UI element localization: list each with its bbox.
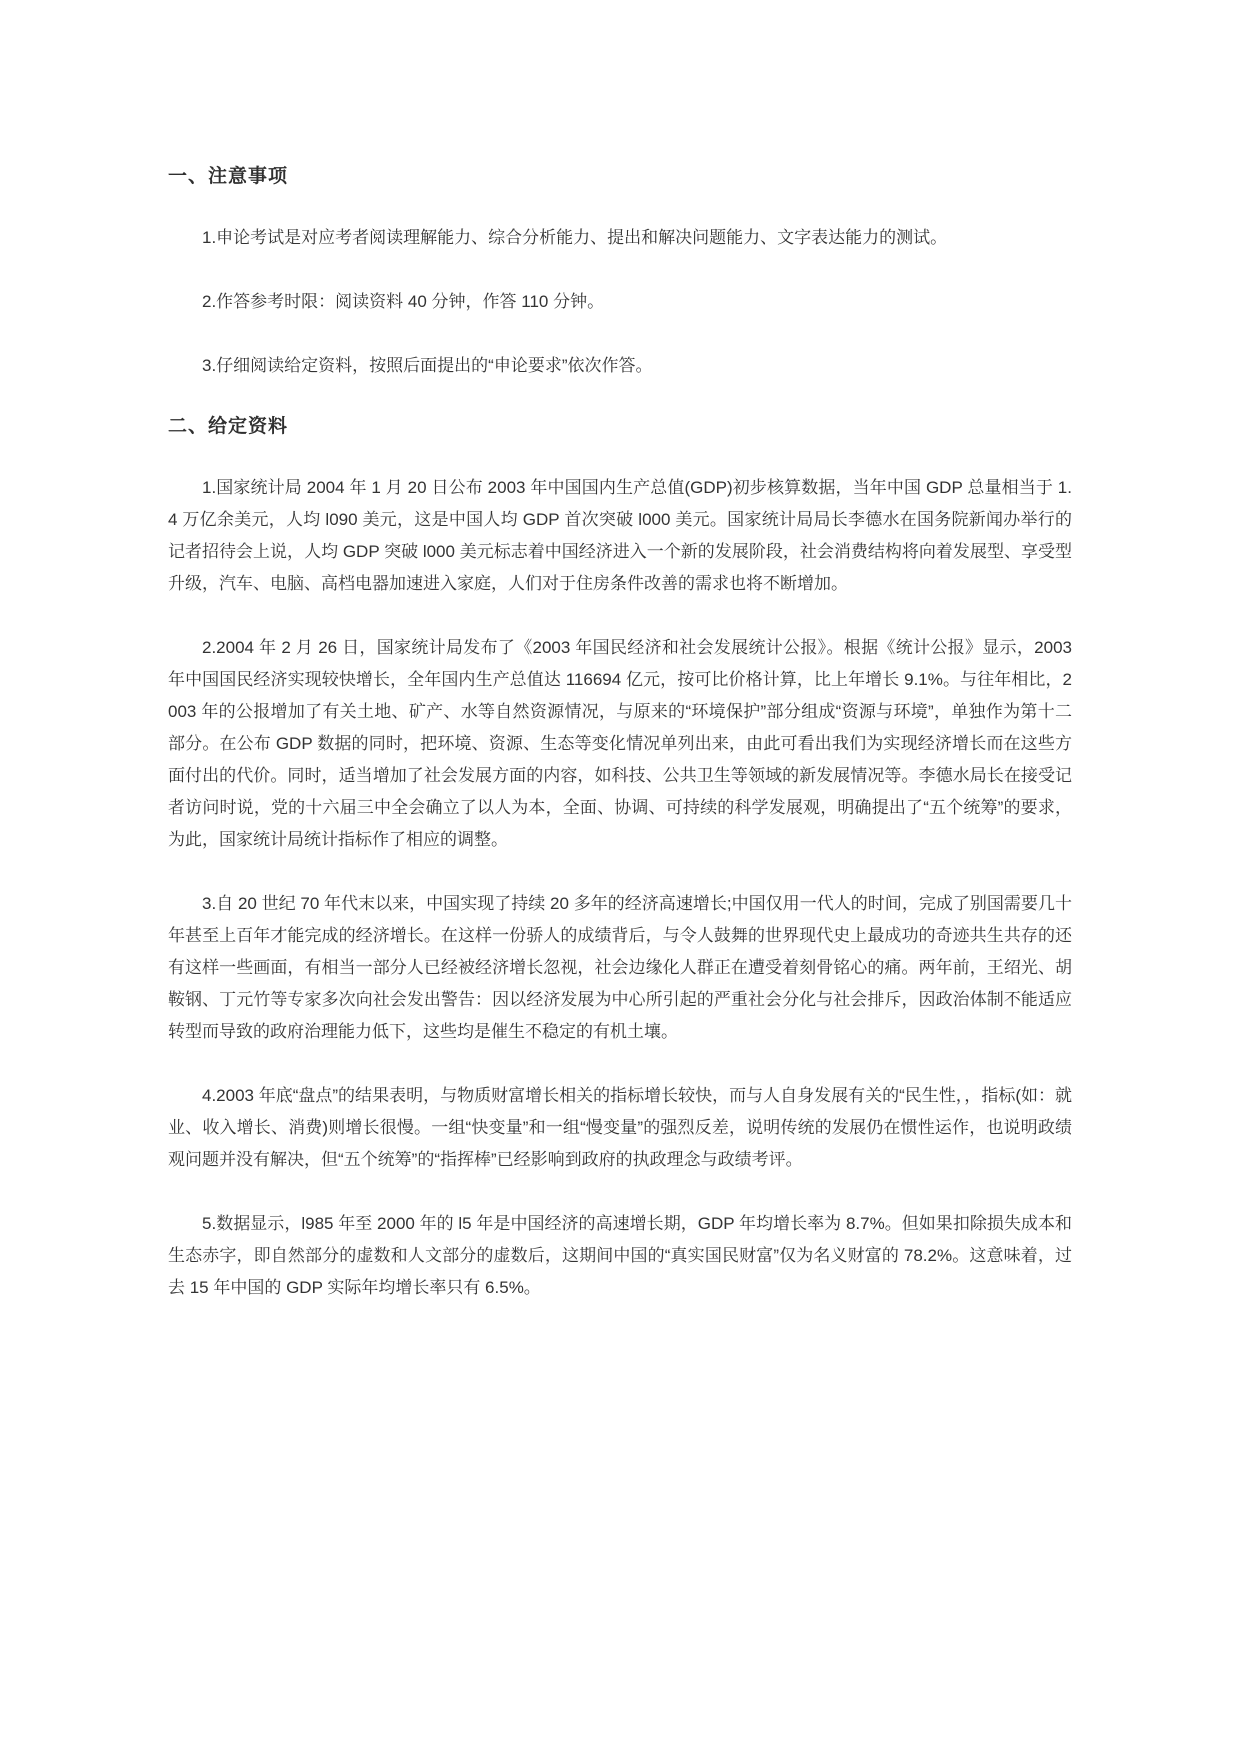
material-paragraph-2: 2.2004 年 2 月 26 日，国家统计局发布了《2003 年国民经济和社会…	[168, 632, 1072, 856]
section-heading-materials: 二、给定资料	[168, 414, 1072, 440]
section-notice: 一、注意事项 1.申论考试是对应考者阅读理解能力、综合分析能力、提出和解决问题能…	[168, 164, 1072, 382]
material-paragraph-3: 3.自 20 世纪 70 年代末以来，中国实现了持续 20 多年的经济高速增长;…	[168, 888, 1072, 1048]
notice-paragraph-3: 3.仔细阅读给定资料，按照后面提出的“申论要求”依次作答。	[168, 350, 1072, 382]
document-page: 一、注意事项 1.申论考试是对应考者阅读理解能力、综合分析能力、提出和解决问题能…	[0, 0, 1240, 1416]
notice-paragraph-2: 2.作答参考时限：阅读资料 40 分钟，作答 110 分钟。	[168, 286, 1072, 318]
material-paragraph-4: 4.2003 年底“盘点”的结果表明，与物质财富增长相关的指标增长较快，而与人自…	[168, 1080, 1072, 1176]
section-heading-notice: 一、注意事项	[168, 164, 1072, 190]
material-paragraph-1: 1.国家统计局 2004 年 1 月 20 日公布 2003 年中国国内生产总值…	[168, 472, 1072, 600]
section-materials: 二、给定资料 1.国家统计局 2004 年 1 月 20 日公布 2003 年中…	[168, 414, 1072, 1304]
material-paragraph-5: 5.数据显示，l985 年至 2000 年的 l5 年是中国经济的高速增长期，G…	[168, 1208, 1072, 1304]
notice-paragraph-1: 1.申论考试是对应考者阅读理解能力、综合分析能力、提出和解决问题能力、文字表达能…	[168, 222, 1072, 254]
